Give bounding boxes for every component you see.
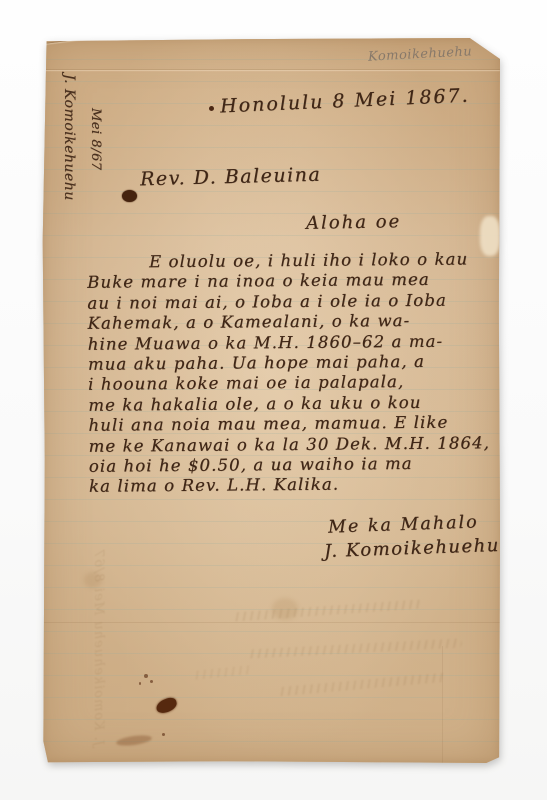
paper-wrapper: Komoikehuehu Honolulu 8 Mei 1867. Mei 8/… <box>42 38 500 763</box>
letter-paper: Komoikehuehu Honolulu 8 Mei 1867. Mei 8/… <box>42 38 500 763</box>
ink-speck <box>139 682 141 685</box>
ghost-showthrough-streak <box>247 638 462 658</box>
ghost-showthrough-streak <box>232 599 422 621</box>
ink-speck <box>162 733 165 736</box>
letter-body: E oluolu oe, i huli iho i loko o kau Buk… <box>87 249 495 497</box>
ink-speck <box>150 680 153 683</box>
docket-date: Mei 8/67 <box>82 74 108 236</box>
docket-note-vertical: Mei 8/67 J. Komoikehuehu <box>56 74 108 236</box>
paper-crease-top <box>42 69 500 70</box>
signature-line: J. Komoikehuehu <box>324 535 500 562</box>
paper-stain <box>84 572 102 588</box>
docket-name: J. Komoikehuehu <box>56 74 82 236</box>
ink-speck <box>144 674 148 678</box>
paper-stain <box>272 598 298 620</box>
closing-line: Me ka Mahalo <box>328 512 479 537</box>
paper-crease-vertical <box>442 646 443 763</box>
ink-blot <box>122 190 137 202</box>
dateline: Honolulu 8 Mei 1867. <box>220 85 470 118</box>
paper-crease-middle <box>42 622 500 623</box>
salutation: Aloha oe <box>306 211 401 234</box>
ghost-showthrough-streak <box>277 673 447 697</box>
body-line: ka lima o Rev. L.H. Kalika. <box>89 474 495 498</box>
scanned-letter-page: { "document": { "archive_label": "Komoik… <box>0 0 547 800</box>
recipient-line: Rev. D. Baleuina <box>140 164 322 191</box>
ink-blot-bottom <box>155 696 179 715</box>
ink-smudge <box>116 734 153 748</box>
ghost-showthrough-streak <box>192 665 253 680</box>
archive-label-pencil: Komoikehuehu <box>368 44 473 64</box>
ink-dot <box>209 106 214 111</box>
